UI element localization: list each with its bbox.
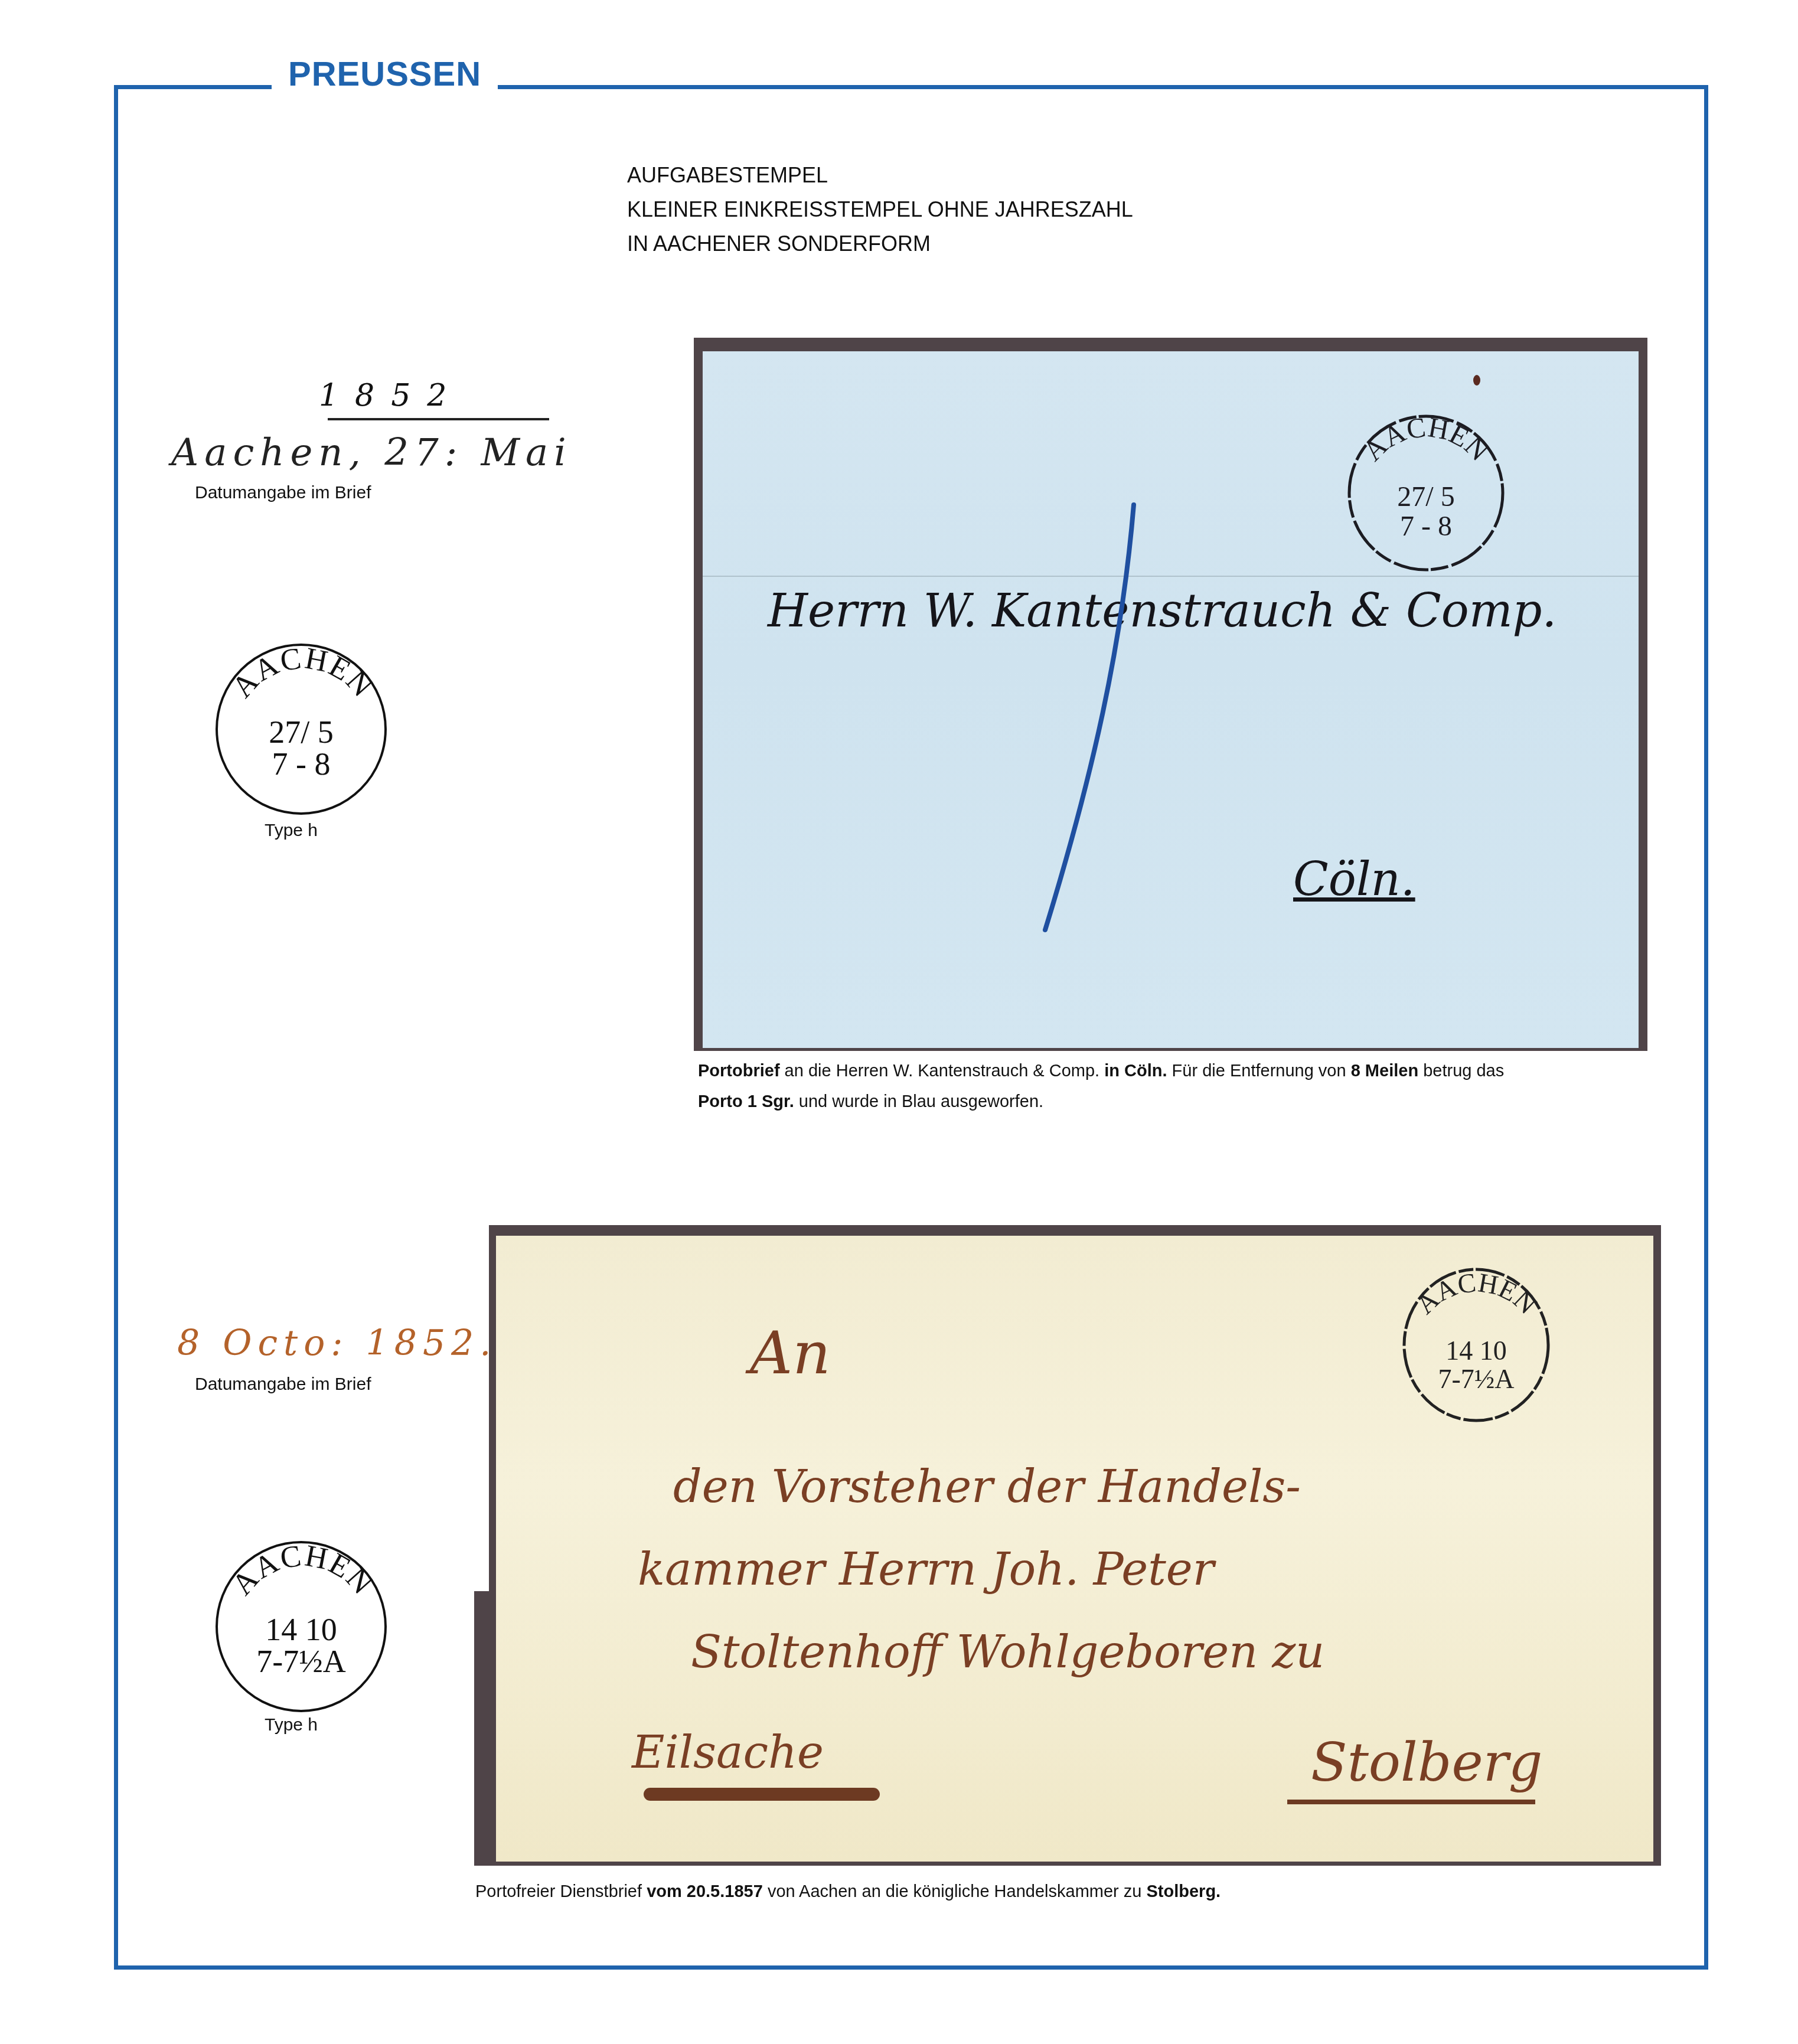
heading-line: AUFGABESTEMPEL bbox=[627, 158, 1133, 192]
heading-line: KLEINER EINKREISSTEMPEL OHNE JAHRESZAHL bbox=[627, 192, 1133, 227]
description-run: in Cöln. bbox=[1104, 1062, 1167, 1080]
section-heading: AUFGABESTEMPEL KLEINER EINKREISSTEMPEL O… bbox=[627, 158, 1133, 261]
description-run: Portofreier Dienstbrief bbox=[475, 1882, 647, 1901]
cover-2-cream-letter: AACHEN 14 10 7-7½A An den Vorsteher der … bbox=[496, 1236, 1653, 1862]
address-line: Stolberg bbox=[1311, 1732, 1542, 1794]
svg-text:7-7½A: 7-7½A bbox=[256, 1644, 345, 1679]
description-run: Stolberg. bbox=[1146, 1882, 1221, 1901]
date-note-caption: Datumangabe im Brief bbox=[195, 1374, 371, 1395]
cover-2-description: Portofreier Dienstbrief vom 20.5.1857 vo… bbox=[475, 1876, 1221, 1907]
address-line: kammer Herrn Joh. Peter bbox=[638, 1543, 1214, 1595]
svg-text:AACHEN: AACHEN bbox=[1410, 1267, 1542, 1320]
stamp-type-caption: Type h bbox=[265, 821, 318, 841]
address-line: Cöln. bbox=[1293, 853, 1415, 906]
cover-mount-2-step bbox=[474, 1591, 498, 1866]
svg-text:14 10: 14 10 bbox=[1445, 1336, 1507, 1366]
cover-postmark-1: AACHEN 27/ 5 7 - 8 bbox=[1337, 404, 1515, 582]
address-line: Herrn W. Kantenstrauch & Comp. bbox=[768, 585, 1556, 638]
description-run: an die Herren W. Kantenstrauch & Comp. bbox=[780, 1062, 1105, 1080]
svg-text:7-7½A: 7-7½A bbox=[1438, 1364, 1514, 1394]
underline-stroke bbox=[1287, 1800, 1535, 1804]
svg-text:AACHEN: AACHEN bbox=[226, 1539, 380, 1602]
svg-text:7 - 8: 7 - 8 bbox=[272, 746, 331, 782]
address-line: An bbox=[750, 1318, 831, 1387]
address-line: Eilsache bbox=[632, 1726, 824, 1778]
cover-postmark-2: AACHEN 14 10 7-7½A bbox=[1391, 1259, 1562, 1431]
postmark-drawing-1: AACHEN 27/ 5 7 - 8 bbox=[204, 632, 399, 827]
svg-text:14 10: 14 10 bbox=[265, 1612, 337, 1647]
blue-rate-mark bbox=[1033, 499, 1151, 936]
description-run: vom 20.5.1857 bbox=[647, 1882, 763, 1901]
description-run: Für die Entfernung von bbox=[1167, 1062, 1351, 1080]
date-note-line: Aachen, 27: Mai bbox=[171, 431, 572, 475]
description-run: betrug das bbox=[1418, 1062, 1504, 1080]
description-run: Portobrief bbox=[698, 1062, 780, 1080]
svg-text:AACHEN: AACHEN bbox=[1358, 412, 1495, 467]
description-run: und wurde in Blau ausgeworfen. bbox=[794, 1092, 1043, 1111]
description-run: Porto 1 Sgr. bbox=[698, 1092, 794, 1111]
svg-text:27/ 5: 27/ 5 bbox=[1397, 481, 1454, 512]
date-note-line: 8 Octo: 1852. bbox=[177, 1323, 497, 1364]
address-line: Stoltenhoff Wohlgeboren zu bbox=[691, 1625, 1324, 1678]
postmark-drawing-2: AACHEN 14 10 7-7½A bbox=[204, 1529, 399, 1724]
date-note-caption: Datumangabe im Brief bbox=[195, 483, 371, 503]
ink-spot bbox=[1473, 375, 1480, 386]
cover-1-blue-letter: AACHEN 27/ 5 7 - 8 Herrn W. Kantenstrauc… bbox=[703, 351, 1639, 1048]
date-note-year: 1852 bbox=[319, 378, 463, 413]
heading-line: IN AACHENER SONDERFORM bbox=[627, 227, 1133, 261]
description-run: von Aachen an die königliche Handelskamm… bbox=[763, 1882, 1147, 1901]
cover-1-description: Portobrief an die Herren W. Kantenstrauc… bbox=[698, 1056, 1504, 1117]
svg-text:7 - 8: 7 - 8 bbox=[1400, 511, 1452, 542]
svg-text:AACHEN: AACHEN bbox=[226, 642, 380, 704]
underline-stroke bbox=[644, 1788, 880, 1801]
page-title: PREUSSEN bbox=[272, 54, 498, 94]
underline bbox=[328, 418, 549, 420]
svg-text:27/ 5: 27/ 5 bbox=[269, 714, 334, 750]
description-run: 8 Meilen bbox=[1351, 1062, 1418, 1080]
address-line: den Vorsteher der Handels- bbox=[673, 1460, 1301, 1513]
stamp-type-caption: Type h bbox=[265, 1715, 318, 1735]
